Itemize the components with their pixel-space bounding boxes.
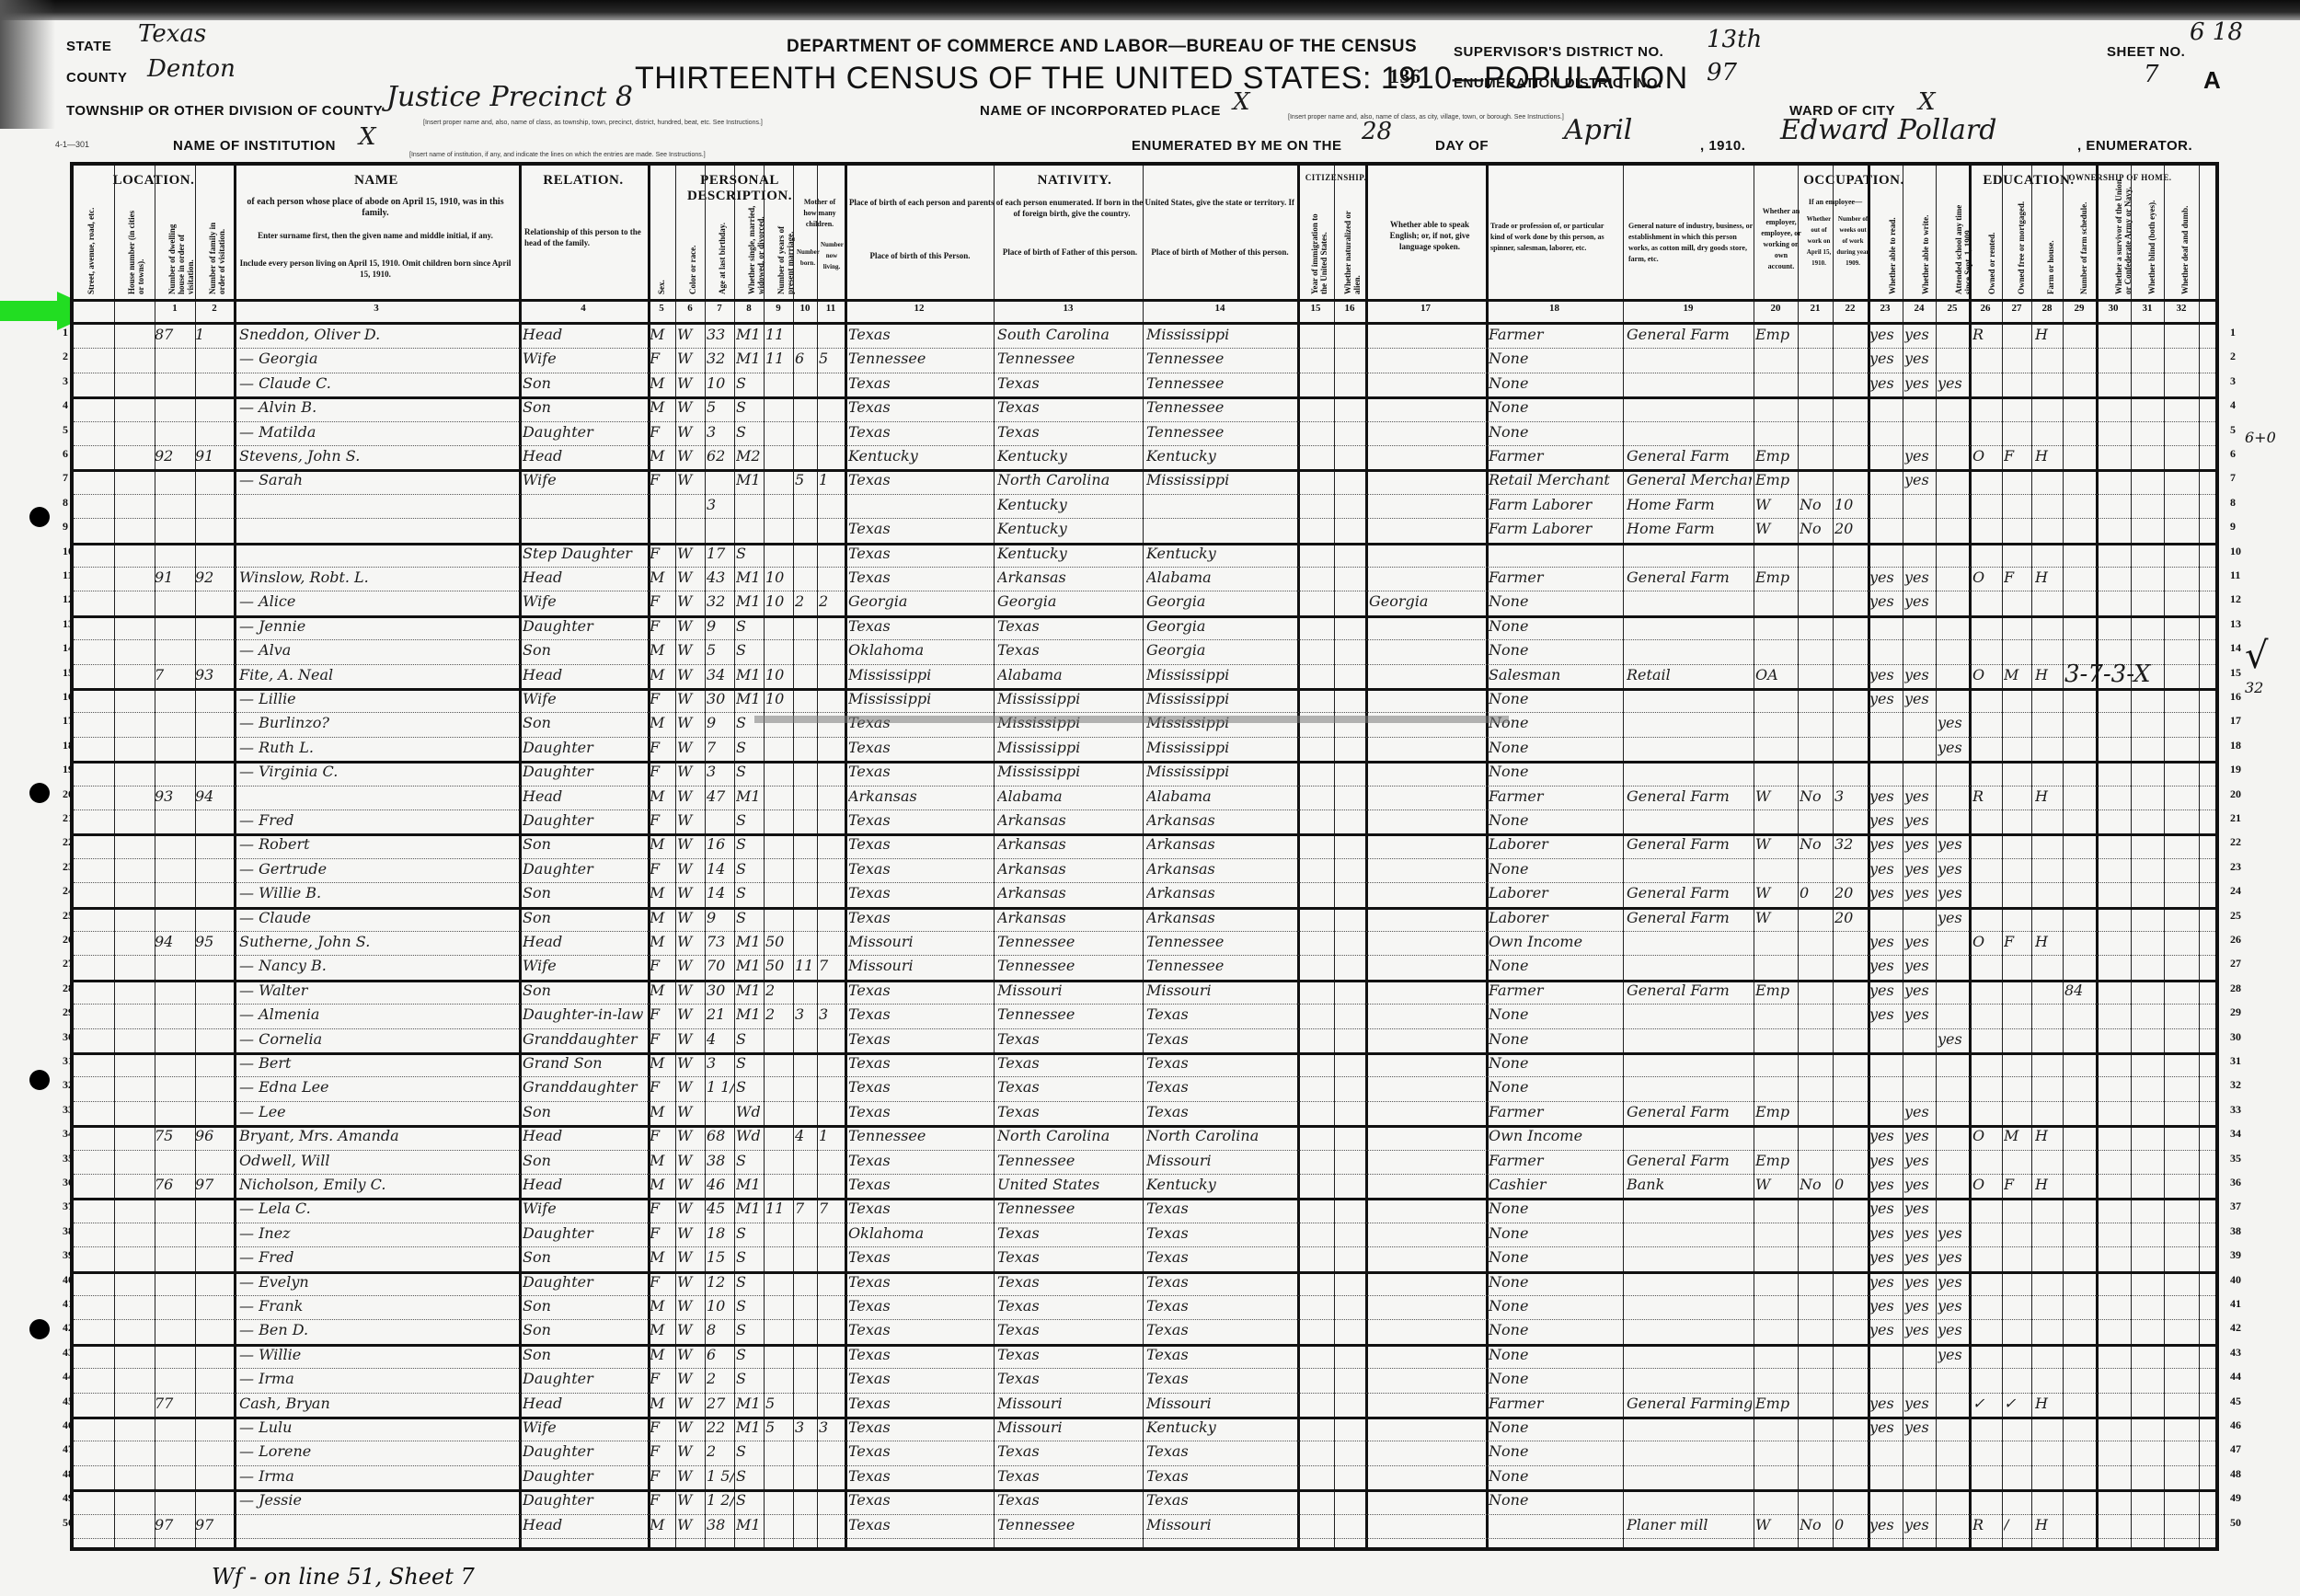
line-number-left: 29 xyxy=(63,1005,74,1019)
cell-bf: Georgia xyxy=(997,592,1141,610)
cell-own: O xyxy=(1972,666,2000,683)
institution-note: [Insert name of institution, if any, and… xyxy=(409,152,706,158)
enumeration-value: 97 xyxy=(1707,59,1737,86)
cell-race: W xyxy=(677,1273,705,1291)
column-number: 24 xyxy=(1903,303,1936,314)
cell-bp: Texas xyxy=(848,884,992,901)
cell-weeks: 20 xyxy=(1834,520,1866,537)
column-number: 32 xyxy=(2164,303,2199,314)
cell-age: 9 xyxy=(707,714,734,731)
cell-relation: Head xyxy=(523,1516,646,1533)
cell-bp: Texas xyxy=(848,1103,992,1120)
cell-relation: Daughter xyxy=(523,423,646,441)
cell-trade: None xyxy=(1489,1248,1621,1266)
cell-own: R xyxy=(1972,326,2000,343)
cell-relation: Head xyxy=(523,568,646,586)
cell-out: No xyxy=(1800,835,1831,853)
line-number-left: 5 xyxy=(63,423,68,437)
cell-bp: Texas xyxy=(848,1176,992,1193)
cell-bp: Texas xyxy=(848,1346,992,1363)
cell-living: 3 xyxy=(819,1005,843,1023)
cell-name: — Lorene xyxy=(239,1442,515,1460)
cell-read: yes xyxy=(1869,860,1901,878)
cell-trade: Retail Merchant xyxy=(1489,471,1621,488)
cell-sex: M xyxy=(650,909,675,926)
cell-trade: None xyxy=(1489,592,1621,610)
line-number-right: 9 xyxy=(2230,520,2236,534)
cell-marital: M1 xyxy=(736,1516,764,1533)
cell-trade: Farmer xyxy=(1489,447,1621,465)
cell-read: yes xyxy=(1869,787,1901,805)
cell-name: — Claude xyxy=(239,909,515,926)
cell-emp: W xyxy=(1755,1176,1796,1193)
cell-out: No xyxy=(1800,520,1831,537)
cell-name: — Fred xyxy=(239,811,515,829)
cell-read: yes xyxy=(1869,666,1901,683)
column-number: 12 xyxy=(845,303,994,314)
day-of-label: DAY OF xyxy=(1435,138,1489,154)
cell-sex: F xyxy=(650,957,675,974)
cell-sex: F xyxy=(650,1442,675,1460)
cell-sex: M xyxy=(650,884,675,901)
cell-marital: M1 xyxy=(736,933,764,950)
cell-sex: F xyxy=(650,1078,675,1096)
cell-bp: Texas xyxy=(848,1370,992,1387)
cell-industry: General Farm xyxy=(1627,326,1752,343)
write-label: Whether able to write. xyxy=(1921,199,1930,294)
column-number: 10 xyxy=(793,303,817,314)
cell-sex: M xyxy=(650,982,675,999)
cell-bf: Kentucky xyxy=(997,496,1141,513)
cell-dwelling: 75 xyxy=(155,1127,195,1144)
column-number: 16 xyxy=(1334,303,1365,314)
row-divider xyxy=(74,445,2215,446)
cell-relation: Son xyxy=(523,1248,646,1266)
cell-bm: Arkansas xyxy=(1146,909,1295,926)
cell-trade: Laborer xyxy=(1489,884,1621,901)
cell-bm: Texas xyxy=(1146,1054,1295,1072)
column-number: 13 xyxy=(994,303,1143,314)
cell-bm: Georgia xyxy=(1146,592,1295,610)
trade-desc: Trade or profession of, or particular ki… xyxy=(1490,221,1619,254)
cell-name: Stevens, John S. xyxy=(239,447,515,465)
cell-name: — Alice xyxy=(239,592,515,610)
cell-age: 47 xyxy=(707,787,734,805)
cell-sex: M xyxy=(650,835,675,853)
column-number: 11 xyxy=(817,303,845,314)
cell-years: 10 xyxy=(765,592,793,610)
column-number: 3 xyxy=(234,303,519,314)
cell-born: 5 xyxy=(795,471,817,488)
cell-bf: Tennessee xyxy=(997,350,1141,367)
cell-relation: Son xyxy=(523,835,646,853)
scan-border-top xyxy=(0,0,2300,20)
cell-name: — Georgia xyxy=(239,350,515,367)
cell-marital: S xyxy=(736,398,764,416)
cell-bp: Texas xyxy=(848,1030,992,1048)
cell-bp: Texas xyxy=(848,568,992,586)
cell-house: H xyxy=(2035,1516,2061,1533)
cell-race: W xyxy=(677,1054,705,1072)
line-number-left: 37 xyxy=(63,1200,74,1213)
cell-bm: Arkansas xyxy=(1146,884,1295,901)
cell-name: Cash, Bryan xyxy=(239,1395,515,1412)
line-number-right: 17 xyxy=(2230,714,2241,728)
cell-name: — Lela C. xyxy=(239,1200,515,1217)
row-divider xyxy=(74,373,2215,373)
cell-write: yes xyxy=(1904,933,1934,950)
cell-age: 73 xyxy=(707,933,734,950)
line-number-left: 42 xyxy=(63,1321,74,1335)
cell-write: yes xyxy=(1904,690,1934,707)
cell-relation: Son xyxy=(523,909,646,926)
cell-sex: F xyxy=(650,1030,675,1048)
cell-sex: M xyxy=(650,1248,675,1266)
row-divider xyxy=(74,1538,2215,1539)
cell-industry: General Farm xyxy=(1627,909,1752,926)
line-number-right: 21 xyxy=(2230,811,2241,825)
cell-race: W xyxy=(677,1200,705,1217)
cell-relation: Son xyxy=(523,1321,646,1338)
line-number-left: 26 xyxy=(63,933,74,947)
line-number-right: 48 xyxy=(2230,1467,2241,1481)
column-number: 23 xyxy=(1868,303,1903,314)
cell-race: W xyxy=(677,860,705,878)
cell-age: 6 xyxy=(707,1346,734,1363)
cell-dwelling: 97 xyxy=(155,1516,195,1533)
line-number-left: 32 xyxy=(63,1078,74,1092)
cell-trade: Farmer xyxy=(1489,787,1621,805)
cell-bf: Tennessee xyxy=(997,933,1141,950)
cell-dwelling: 94 xyxy=(155,933,195,950)
institution-value: X xyxy=(359,123,376,151)
cell-family: 97 xyxy=(195,1516,234,1533)
cell-trade: None xyxy=(1489,763,1621,780)
column-number: 18 xyxy=(1486,303,1623,314)
line-number-left: 23 xyxy=(63,860,74,874)
punch-hole xyxy=(29,1319,50,1339)
cell-sex: F xyxy=(650,617,675,635)
cell-living: 1 xyxy=(819,471,843,488)
line-number-left: 44 xyxy=(63,1370,74,1384)
nativity-desc: Place of birth of each person and parent… xyxy=(846,197,1297,219)
cell-emp: Emp xyxy=(1755,471,1796,488)
row-divider xyxy=(74,1150,2215,1151)
cell-read: yes xyxy=(1869,1176,1901,1193)
cell-living: 7 xyxy=(819,957,843,974)
cell-race: W xyxy=(677,398,705,416)
cell-write: yes xyxy=(1904,350,1934,367)
punch-hole xyxy=(29,507,50,527)
cell-write: yes xyxy=(1904,666,1934,683)
sex-label: Sex. xyxy=(657,248,666,294)
cell-family: 97 xyxy=(195,1176,234,1193)
row-divider xyxy=(74,567,2215,568)
column-number: 30 xyxy=(2096,303,2131,314)
cell-age: 12 xyxy=(707,1273,734,1291)
cell-schedule: 84 xyxy=(2064,982,2184,999)
row-divider xyxy=(74,639,2215,640)
cell-bm: Tennessee xyxy=(1146,933,1295,950)
cell-marital: S xyxy=(736,1491,764,1509)
cell-bp: Mississippi xyxy=(848,666,992,683)
cell-write: yes xyxy=(1904,957,1934,974)
line-number-left: 27 xyxy=(63,957,74,970)
if-employee-desc: If an employee— xyxy=(1803,197,1868,208)
cell-read: yes xyxy=(1869,1224,1901,1242)
cell-sex: M xyxy=(650,1054,675,1072)
cell-race: W xyxy=(677,1297,705,1315)
cell-age: 30 xyxy=(707,690,734,707)
cell-race: W xyxy=(677,423,705,441)
cell-relation: Daughter xyxy=(523,1467,646,1485)
cell-bp: Texas xyxy=(848,1516,992,1533)
cell-bp: Texas xyxy=(848,617,992,635)
line-number-right: 35 xyxy=(2230,1152,2241,1165)
cell-bm: Georgia xyxy=(1146,641,1295,659)
line-number-left: 6 xyxy=(63,447,68,461)
row-divider xyxy=(74,1004,2215,1005)
column-number: 15 xyxy=(1297,303,1334,314)
cell-write: yes xyxy=(1904,1005,1934,1023)
cell-marital: S xyxy=(736,1248,764,1266)
cell-emp: W xyxy=(1755,835,1796,853)
cell-trade: Own Income xyxy=(1489,933,1621,950)
cell-own: O xyxy=(1972,568,2000,586)
cell-sex: M xyxy=(650,666,675,683)
cell-age: 14 xyxy=(707,860,734,878)
cell-write: yes xyxy=(1904,471,1934,488)
cell-marital: S xyxy=(736,1321,764,1338)
cell-write: yes xyxy=(1904,1273,1934,1291)
cell-read: yes xyxy=(1869,350,1901,367)
sheet-side: A xyxy=(2203,66,2221,95)
cell-relation: Head xyxy=(523,326,646,343)
cell-sex: F xyxy=(650,690,675,707)
cell-years: 11 xyxy=(765,1200,793,1217)
naturalized-label: Whether naturalized or alien. xyxy=(1343,202,1362,294)
cell-age: 9 xyxy=(707,909,734,926)
cell-own: ✓ xyxy=(1972,1395,2000,1412)
cell-sex: F xyxy=(650,1418,675,1436)
cell-sex: M xyxy=(650,1346,675,1363)
cell-bp: Texas xyxy=(848,471,992,488)
cell-free: M xyxy=(2004,666,2030,683)
out-of-work-desc: Whether out of work on April 15, 1910. xyxy=(1803,213,1834,269)
cell-born: 3 xyxy=(795,1005,817,1023)
cell-read: yes xyxy=(1869,1297,1901,1315)
row-divider xyxy=(74,1319,2215,1320)
cell-bm: Texas xyxy=(1146,1467,1295,1485)
cell-bf: Texas xyxy=(997,398,1141,416)
cell-house: H xyxy=(2035,787,2061,805)
cell-living: 3 xyxy=(819,1418,843,1436)
num-living-label: Number now living. xyxy=(821,239,843,272)
township-note: [Insert proper name and, also, name of c… xyxy=(423,120,763,126)
cell-race: W xyxy=(677,884,705,901)
cell-industry: General Farm xyxy=(1627,568,1752,586)
cell-living: 5 xyxy=(819,350,843,367)
cell-trade: None xyxy=(1489,739,1621,756)
cell-age: 9 xyxy=(707,617,734,635)
line-number-left: 33 xyxy=(63,1103,74,1117)
cell-race: W xyxy=(677,1467,705,1485)
cell-age: 27 xyxy=(707,1395,734,1412)
cell-bm: Tennessee xyxy=(1146,423,1295,441)
line-number-right: 23 xyxy=(2230,860,2241,874)
cell-bp: Texas xyxy=(848,1200,992,1217)
cell-sex: F xyxy=(650,739,675,756)
cell-age: 17 xyxy=(707,545,734,562)
cell-name: — Willie B. xyxy=(239,884,515,901)
cell-race: W xyxy=(677,1152,705,1169)
cell-relation: Wife xyxy=(523,350,646,367)
line-number-right: 26 xyxy=(2230,933,2241,947)
cell-write: yes xyxy=(1904,447,1934,465)
cell-trade: None xyxy=(1489,1030,1621,1048)
cell-age: 22 xyxy=(707,1418,734,1436)
cell-name: — Irma xyxy=(239,1467,515,1485)
cell-bf: Texas xyxy=(997,1467,1141,1485)
cell-relation: Son xyxy=(523,714,646,731)
group-relation: RELATION. xyxy=(519,173,648,189)
cell-sex: F xyxy=(650,1200,675,1217)
cell-age: 38 xyxy=(707,1152,734,1169)
column-number: 14 xyxy=(1143,303,1297,314)
cell-sex: M xyxy=(650,568,675,586)
cell-bf: Missouri xyxy=(997,1395,1141,1412)
row-divider xyxy=(74,882,2215,883)
cell-bf: Arkansas xyxy=(997,568,1141,586)
cell-industry: Home Farm xyxy=(1627,520,1752,537)
cell-age: 30 xyxy=(707,982,734,999)
cell-trade: Farmer xyxy=(1489,568,1621,586)
cell-house: H xyxy=(2035,933,2061,950)
cell-relation: Wife xyxy=(523,592,646,610)
incorporated-note: [Insert proper name and, also, name of c… xyxy=(1288,114,1564,121)
column-number: 28 xyxy=(2031,303,2063,314)
cell-bf: Arkansas xyxy=(997,860,1141,878)
cell-industry: Bank xyxy=(1627,1176,1752,1193)
cell-read: yes xyxy=(1869,982,1901,999)
line-number-left: 17 xyxy=(63,714,74,728)
cell-free: F xyxy=(2004,447,2030,465)
cell-marital: M1 xyxy=(736,1176,764,1193)
cell-race: W xyxy=(677,1321,705,1338)
cell-bf: Texas xyxy=(997,1224,1141,1242)
cell-race: W xyxy=(677,1370,705,1387)
cell-sex: M xyxy=(650,374,675,392)
line-number-left: 18 xyxy=(63,739,74,752)
cell-bf: Texas xyxy=(997,1078,1141,1096)
cell-trade: Laborer xyxy=(1489,835,1621,853)
cell-name: — Edna Lee xyxy=(239,1078,515,1096)
cell-race: W xyxy=(677,592,705,610)
cell-sex: M xyxy=(650,933,675,950)
cell-race: W xyxy=(677,666,705,683)
cell-marital: S xyxy=(736,884,764,901)
cell-marital: S xyxy=(736,1346,764,1363)
cell-trade: None xyxy=(1489,1224,1621,1242)
cell-age: 4 xyxy=(707,1030,734,1048)
cell-relation: Head xyxy=(523,787,646,805)
cell-free: / xyxy=(2004,1516,2030,1533)
cell-name: — Matilda xyxy=(239,423,515,441)
cell-bm: Texas xyxy=(1146,1200,1295,1217)
cell-relation: Wife xyxy=(523,1418,646,1436)
cell-name: — Jennie xyxy=(239,617,515,635)
cell-relation: Wife xyxy=(523,471,646,488)
line-number-left: 15 xyxy=(63,666,74,680)
cell-marital: M1 xyxy=(736,1395,764,1412)
column-number: 21 xyxy=(1798,303,1833,314)
cell-age: 2 xyxy=(707,1442,734,1460)
line-number-left: 22 xyxy=(63,835,74,849)
row-divider xyxy=(74,591,2215,591)
cell-bm: Alabama xyxy=(1146,787,1295,805)
line-number-right: 49 xyxy=(2230,1491,2241,1505)
cell-age: 38 xyxy=(707,1516,734,1533)
cell-years: 2 xyxy=(765,982,793,999)
cell-bm: Mississippi xyxy=(1146,326,1295,343)
cell-race: W xyxy=(677,447,705,465)
cell-race: W xyxy=(677,326,705,343)
cell-age: 45 xyxy=(707,1200,734,1217)
cell-bm: Arkansas xyxy=(1146,811,1295,829)
cell-name: — Jessie xyxy=(239,1491,515,1509)
cell-write: yes xyxy=(1904,811,1934,829)
owned-rented-label: Owned or rented. xyxy=(1987,199,1996,294)
cell-marital: M1 xyxy=(736,1200,764,1217)
cell-bm: Tennessee xyxy=(1146,374,1295,392)
row-divider xyxy=(74,421,2215,422)
row-divider xyxy=(74,543,2215,545)
cell-bf: United States xyxy=(997,1176,1141,1193)
ward-value: X xyxy=(1918,88,1936,116)
cell-marital: S xyxy=(736,423,764,441)
cell-industry: General Farm xyxy=(1627,835,1752,853)
cell-bm: Missouri xyxy=(1146,1516,1295,1533)
cell-relation: Granddaughter xyxy=(523,1078,646,1096)
cell-sex: M xyxy=(650,1395,675,1412)
line-number-right: 3 xyxy=(2230,374,2236,388)
cell-school: yes xyxy=(1938,374,1967,392)
cell-bf: Missouri xyxy=(997,1418,1141,1436)
cell-bp: Missouri xyxy=(848,933,992,950)
cell-trade: Salesman xyxy=(1489,666,1621,683)
line-number-right: 12 xyxy=(2230,592,2241,606)
cell-sex: M xyxy=(650,447,675,465)
cell-name: — Lee xyxy=(239,1103,515,1120)
cell-dwelling: 76 xyxy=(155,1176,195,1193)
cell-bf: Texas xyxy=(997,617,1141,635)
cell-bf: Texas xyxy=(997,1054,1141,1072)
column-number: 31 xyxy=(2131,303,2164,314)
line-number-right: 27 xyxy=(2230,957,2241,970)
cell-trade: Farmer xyxy=(1489,1103,1621,1120)
cell-years: 10 xyxy=(765,666,793,683)
cell-marital: M1 xyxy=(736,1005,764,1023)
line-number-right: 11 xyxy=(2230,568,2240,582)
row-divider xyxy=(74,737,2215,738)
line-number-right: 37 xyxy=(2230,1200,2241,1213)
cell-marital: S xyxy=(736,1467,764,1485)
cell-name: — Frank xyxy=(239,1297,515,1315)
cell-bp: Kentucky xyxy=(848,447,992,465)
cell-bf: Tennessee xyxy=(997,957,1141,974)
cell-bf: Mississippi xyxy=(997,763,1141,780)
cell-name: — Ruth L. xyxy=(239,739,515,756)
